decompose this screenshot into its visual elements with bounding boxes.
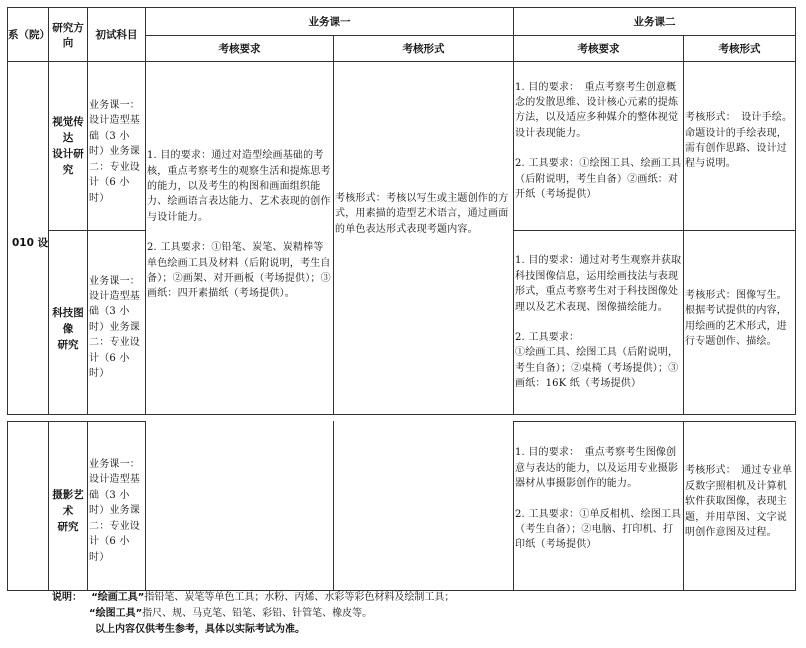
direction-line1: 科技图像	[49, 305, 87, 337]
notes-label: 说明：	[52, 592, 82, 603]
header-research-direction: 研究方向	[48, 7, 88, 62]
header-course1-format: 考核形式	[333, 35, 514, 62]
course2-format-text: 考核形式：图像写生。根据考试提供的内容，用绘画的艺术形式，进行专题创作、描绘。	[685, 288, 794, 350]
direction-line1: 摄影艺术	[49, 487, 87, 519]
subjects-text: 业务课一：设计造型基础（3 小时）业务课二：专业设计（6 小时）	[89, 98, 144, 206]
header-course1-title: 业务课一	[145, 7, 514, 36]
course2-format-row2: 考核形式：图像写生。根据考试提供的内容，用绘画的艺术形式，进行专题创作、描绘。	[683, 230, 796, 415]
course2-requirements-tools: 2. 工具要求：①单反相机、绘图工具（考生自备）；②电脑、打印机、打印纸（考场提…	[515, 507, 682, 553]
notes-term-painting-tools: “绘画工具”	[91, 592, 144, 603]
course1-format-shared: 考核形式：考核以写生或主题创作的方式，用素描的造型艺术语言，通过画面的单色表达形…	[333, 61, 514, 415]
course2-requirements-row3: 1. 目的要求： 重点考察考生图像创意与表达的能力，以及运用专业摄影器材从事摄影…	[513, 421, 684, 591]
direction-line1: 视觉传达	[49, 114, 87, 146]
course1-format-text: 考核形式：考核以写生或主题创作的方式，用素描的造型艺术语言，通过画面的单色表达形…	[335, 191, 512, 237]
initial-subjects-row2: 业务课一：设计造型基础（3 小时）业务课二：专业设计（6 小时）	[87, 230, 146, 415]
course2-requirements-row1: 1. 目的要求： 重点考察考生创意概念的发散思维、设计核心元素的提炼方法，以及适…	[513, 61, 684, 231]
notes-term-drawing-tools: “绘图工具”	[89, 608, 142, 619]
course2-requirements-tools: 2. 工具要求：①绘图工具、绘画工具（后附说明，考生自备）②画纸：对开纸（考场提…	[515, 156, 682, 202]
course1-requirements-tools: 2. 工具要求：①铅笔、炭笔、炭精棒等单色绘画工具及材料（后附说明，考生自备）；…	[147, 240, 332, 302]
research-direction-visual-communication: 视觉传达 设计研究	[48, 61, 88, 231]
header-course2-title: 业务课二	[513, 7, 796, 36]
header-course1-requirements: 考核要求	[145, 35, 334, 62]
initial-subjects-row3: 业务课一：设计造型基础（3 小时）业务课二：专业设计（6 小时）	[87, 421, 146, 591]
course2-format-text: 考核形式： 通过专业单反数字照相机及计算机软件获取图像，表现主题，并用草图、文字…	[685, 463, 794, 540]
notes-line3: 以上内容仅供考生参考，具体以实际考试为准。	[95, 622, 305, 638]
header-course2-requirements: 考核要求	[513, 35, 684, 62]
direction-line2: 研究	[49, 519, 87, 535]
direction-line2: 设计研究	[49, 146, 87, 178]
header-initial-subjects: 初试科目	[87, 7, 146, 62]
course2-requirements-purpose: 1. 目的要求：通过对考生观察并获取科技图像信息，运用绘画技法与表现形式，重点考…	[515, 253, 682, 315]
notes-disclaimer: 以上内容仅供考生参考，具体以实际考试为准。	[95, 624, 305, 635]
course2-format-row3: 考核形式： 通过专业单反数字照相机及计算机软件获取图像，表现主题，并用草图、文字…	[683, 421, 796, 591]
notes-text-drawing-tools: 指尺、规、马克笔、铅笔、彩铅、针管笔、橡皮等。	[142, 608, 372, 619]
direction-line2: 研究	[49, 337, 87, 353]
course2-requirements-tools: ①绘画工具、绘图工具（后附说明，考生自备）；②桌椅（考场提供）；③画纸：16K …	[515, 345, 682, 391]
course1-requirements-purpose: 1. 目的要求：通过对造型绘画基础的考核，重点考察考生的观察生活和提炼思考的能力…	[147, 148, 332, 225]
department-cell: 010 设计系	[7, 61, 49, 415]
subjects-text: 业务课一：设计造型基础（3 小时）业务课二：专业设计（6 小时）	[89, 274, 144, 382]
header-course2-format: 考核形式	[683, 35, 796, 62]
course2-format-text: 考核形式： 设计手绘。命题设计的手绘表现，需有创作思路、设计过程与说明。	[685, 110, 794, 172]
course2-requirements-tools-label: 2. 工具要求：	[515, 330, 682, 345]
course2-requirements-row2: 1. 目的要求：通过对考生观察并获取科技图像信息，运用绘画技法与表现形式，重点考…	[513, 230, 684, 415]
notes-text-painting-tools: 指铅笔、炭笔等单色工具；水粉、丙烯、水彩等彩色材料及绘制工具；	[144, 592, 454, 603]
header-department: 系（院）	[7, 7, 49, 62]
course1-format-row3-empty	[333, 421, 514, 591]
department-name: 010 设计系	[12, 235, 52, 250]
course1-requirements-row3-empty	[145, 421, 334, 591]
subjects-text: 业务课一：设计造型基础（3 小时）业务课二：专业设计（6 小时）	[89, 457, 144, 565]
department-cell-continued	[7, 421, 49, 591]
course2-requirements-purpose: 1. 目的要求： 重点考察考生图像创意与表达的能力，以及运用专业摄影器材从事摄影…	[515, 445, 682, 491]
research-direction-photography: 摄影艺术 研究	[48, 421, 88, 591]
research-direction-tech-imaging: 科技图像 研究	[48, 230, 88, 415]
notes-line1: 说明： “绘画工具”指铅笔、炭笔等单色工具；水粉、丙烯、水彩等彩色材料及绘制工具…	[52, 590, 454, 606]
course1-requirements-shared: 1. 目的要求：通过对造型绘画基础的考核，重点考察考生的观察生活和提炼思考的能力…	[145, 61, 334, 415]
initial-subjects-row1: 业务课一：设计造型基础（3 小时）业务课二：专业设计（6 小时）	[87, 61, 146, 231]
course2-requirements-purpose: 1. 目的要求： 重点考察考生创意概念的发散思维、设计核心元素的提炼方法，以及适…	[515, 80, 682, 142]
notes-line2: “绘图工具”指尺、规、马克笔、铅笔、彩铅、针管笔、橡皮等。	[89, 606, 372, 622]
course2-format-row1: 考核形式： 设计手绘。命题设计的手绘表现，需有创作思路、设计过程与说明。	[683, 61, 796, 231]
